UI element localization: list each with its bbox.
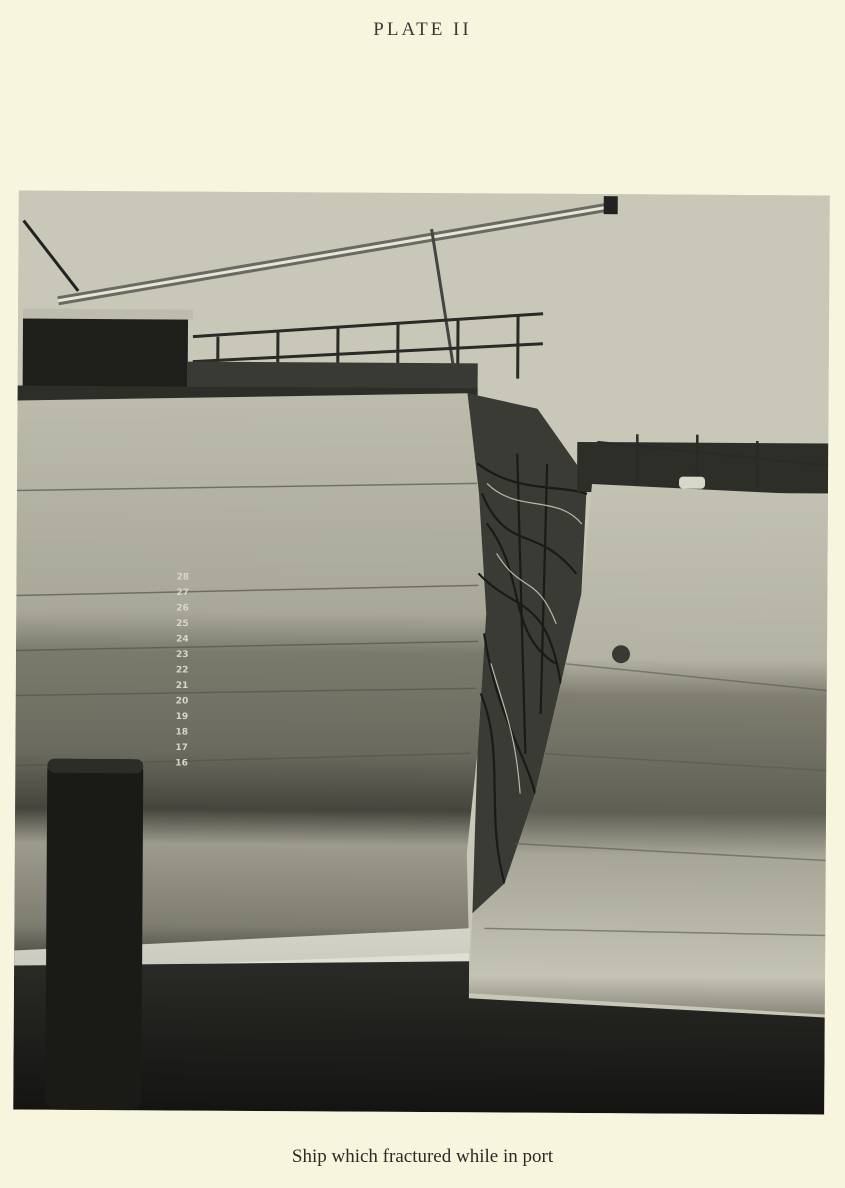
draft-mark: 27 [176,588,189,598]
draft-mark: 26 [176,604,189,614]
draft-mark: 25 [176,619,189,629]
figure-caption: Ship which fractured while in port [0,1146,845,1168]
draft-mark: 19 [176,712,189,722]
draft-mark: 28 [176,573,189,583]
photo-illustration: 28272625242322212019181716 [13,191,830,1115]
draft-mark: 24 [176,635,189,645]
draft-mark: 22 [176,666,189,676]
draft-mark: 18 [175,727,188,737]
draft-mark: 16 [175,758,188,768]
draft-mark: 20 [176,696,189,706]
draft-mark: 23 [176,650,189,660]
draft-mark: 17 [175,743,188,753]
plate-title: PLATE II [0,19,845,41]
draft-mark: 21 [176,681,189,691]
ship-fracture-photo: 28272625242322212019181716 [13,191,830,1115]
